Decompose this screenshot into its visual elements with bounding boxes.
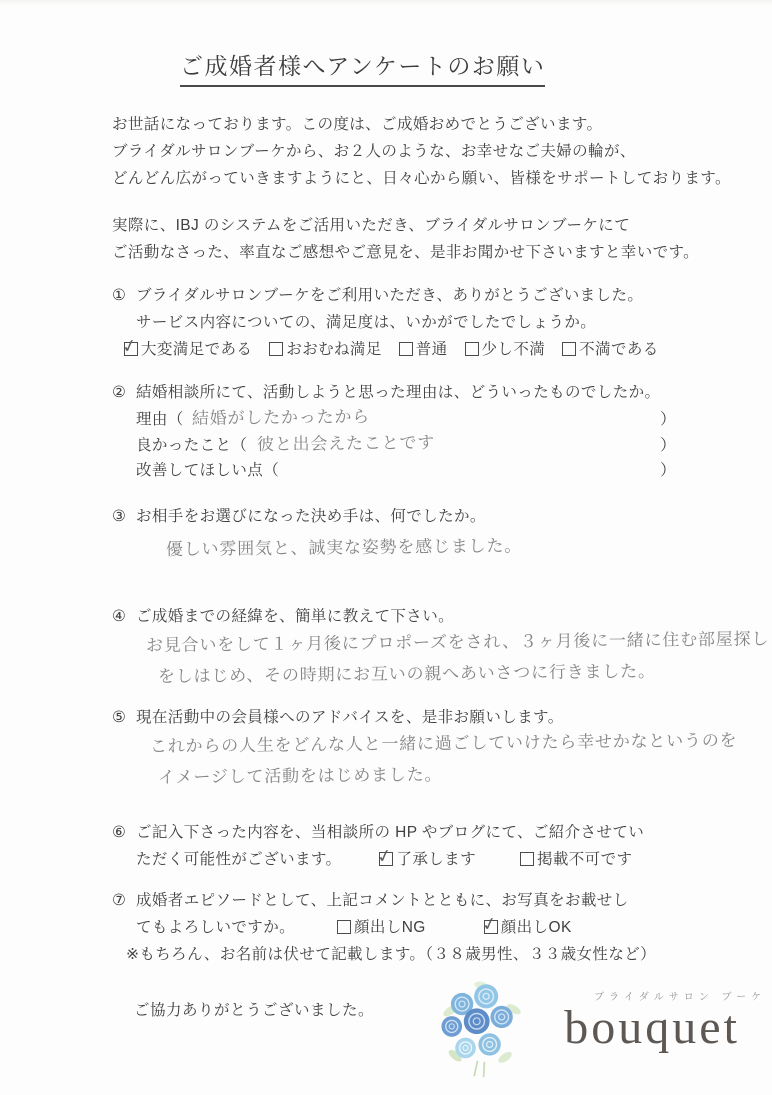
handwritten-answer: 優しい雰囲気と、誠実な姿勢を感じました。 <box>166 530 772 563</box>
checkbox-label: 顔出しNG <box>354 914 426 941</box>
checkbox-option: おおむね満足 <box>269 336 381 363</box>
question-6-line2: ただく可能性がございます。 <box>136 846 341 873</box>
intro-line: お世話になっております。この度は、ご成婚おめでとうございます。 <box>112 111 772 138</box>
checkbox-option: 少し不満 <box>465 336 546 363</box>
field-close-paren: ） <box>660 407 676 432</box>
handwritten-answer: イメージして活動をはじめました。 <box>158 755 772 792</box>
checkbox-icon <box>379 852 393 866</box>
question-6-line1: ご記入下さった内容を、当相談所の HP やブログにて、ご紹介させてい <box>136 819 772 846</box>
checkbox-icon <box>269 342 283 356</box>
checkbox-label: 了承します <box>396 846 476 873</box>
logo-wordmark: bouquet <box>564 1003 740 1053</box>
checkbox-option: 普通 <box>399 336 448 363</box>
checkbox-label: 不満である <box>579 336 659 363</box>
checkbox-label: 掲載不可です <box>537 846 632 873</box>
intro-line: どんどん広がっていきますようにと、日々心から願い、皆様をサポートしております。 <box>112 165 772 192</box>
question-5: ⑤ 現在活動中の会員様へのアドバイスを、是非お願いします。 これからの人生をどん… <box>112 704 772 793</box>
rose <box>441 1016 462 1037</box>
question-3-line1: お相手をお選びになった決め手は、何でしたか。 <box>136 503 772 530</box>
rose <box>478 1033 500 1055</box>
question-1-number: ① <box>112 282 136 309</box>
question-7-number: ⑦ <box>112 887 136 914</box>
question-6-number: ⑥ <box>112 819 136 846</box>
question-1-line1: ブライダルサロンブーケをご利用いただき、ありがとうございました。 <box>136 282 772 309</box>
question-4-number: ④ <box>112 603 136 630</box>
checkbox-label: 少し不満 <box>482 336 546 363</box>
answer-field-good-points: 良かったこと（ 彼と出会えたことです ） <box>136 432 676 458</box>
intro-line: ブライダルサロンブーケから、お２人のような、お幸せなご夫婦の輪が、 <box>112 138 772 165</box>
question-4: ④ ご成婚までの経緯を、簡単に教えて下さい。 お見合いをして１ヶ月後にプロポーズ… <box>112 603 772 692</box>
question-1-line2: サービス内容についての、満足度は、いかがでしたでしょうか。 <box>136 309 772 336</box>
question-1: ① ブライダルサロンブーケをご利用いただき、ありがとうございました。 サービス内… <box>112 282 772 363</box>
checkbox-option: 掲載不可です <box>520 846 632 873</box>
scanned-questionnaire-page: ご成婚者様へアンケートのお願い お世話になっております。この度は、ご成婚おめでと… <box>0 0 772 1095</box>
answer-field-reason: 理由（ 結婚がしたかったから ） <box>136 406 676 432</box>
logo-text-block: ブライダルサロン ブーケ bouquet <box>538 970 766 1053</box>
checkbox-option: 顔出しOK <box>484 914 572 941</box>
question-7: ⑦ 成婚者エピソードとして、上記コメントとともに、お写真をお載せし てもよろしい… <box>112 887 772 968</box>
field-label: 良かったこと（ <box>136 433 247 458</box>
checkbox-label: 大変満足である <box>141 336 252 363</box>
rose-bouquet-icon <box>438 978 524 1080</box>
question-7-note: ※もちろん、お名前は伏せて記載します。（３８歳男性、３３歳女性など） <box>126 941 772 968</box>
intro-line: ご活動なさった、率直なご感想やご意見を、是非お聞かせ下さいますと幸いです。 <box>112 239 772 266</box>
question-2: ② 結婚相談所にて、活動しようと思った理由は、どういったものでしたか。 理由（ … <box>112 379 772 483</box>
checkbox-icon <box>465 342 479 356</box>
question-1-options: 大変満足である おおむね満足 普通 少し不満 不満である <box>124 336 772 363</box>
checkbox-icon <box>124 342 138 356</box>
checkbox-option: 顔出しNG <box>337 914 426 941</box>
checkbox-label: 顔出しOK <box>501 914 572 941</box>
page-title: ご成婚者様へアンケートのお願い <box>180 52 545 87</box>
question-7-line1: 成婚者エピソードとして、上記コメントとともに、お写真をお載せし <box>136 887 772 914</box>
checkbox-option: 大変満足である <box>124 336 252 363</box>
checkbox-icon <box>484 920 498 934</box>
intro-paragraph-2: 実際に、IBJ のシステムをご活用いただき、ブライダルサロンブーケにて ご活動な… <box>112 212 772 266</box>
question-3-number: ③ <box>112 503 136 530</box>
intro-line: 実際に、IBJ のシステムをご活用いただき、ブライダルサロンブーケにて <box>112 212 772 239</box>
thanks-message: ご協力ありがとうございました。 <box>134 998 374 1020</box>
question-2-line1: 結婚相談所にて、活動しようと思った理由は、どういったものでしたか。 <box>136 379 772 406</box>
question-7-line2: てもよろしいですか。 <box>136 914 295 941</box>
rose <box>474 984 498 1008</box>
question-6: ⑥ ご記入下さった内容を、当相談所の HP やブログにて、ご紹介させてい ただく… <box>112 819 772 873</box>
field-close-paren: ） <box>660 433 676 458</box>
handwritten-answer: 彼と出会えたことです <box>257 430 435 457</box>
checkbox-icon <box>399 342 413 356</box>
field-close-paren: ） <box>660 458 676 483</box>
handwritten-answer: 結婚がしたかったから <box>192 404 370 431</box>
checkbox-option: 不満である <box>562 336 659 363</box>
checkbox-icon <box>520 852 534 866</box>
rose <box>464 1008 490 1034</box>
checkbox-option: 了承します <box>379 846 476 873</box>
checkbox-icon <box>562 342 576 356</box>
handwritten-answer: をしはじめ、その時期にお互いの親へあいさつに行きました。 <box>158 654 772 691</box>
rose <box>455 1037 476 1058</box>
bouquet-logo: ブライダルサロン ブーケ bouquet <box>438 970 766 1080</box>
field-label: 改善してほしい点（ <box>136 458 279 483</box>
answer-field-improvements: 改善してほしい点（ ） <box>136 458 676 483</box>
page-footer: ご協力ありがとうございました。 <box>112 974 772 1094</box>
question-3: ③ お相手をお選びになった決め手は、何でしたか。 優しい雰囲気と、誠実な姿勢を感… <box>112 503 772 563</box>
rose <box>490 1006 512 1028</box>
question-2-number: ② <box>112 379 136 406</box>
field-label: 理由（ <box>136 407 184 432</box>
checkbox-label: 普通 <box>416 336 448 363</box>
question-5-number: ⑤ <box>112 704 136 731</box>
checkbox-icon <box>337 920 351 934</box>
checkbox-label: おおむね満足 <box>286 336 381 363</box>
intro-paragraph: お世話になっております。この度は、ご成婚おめでとうございます。 ブライダルサロン… <box>112 111 772 192</box>
